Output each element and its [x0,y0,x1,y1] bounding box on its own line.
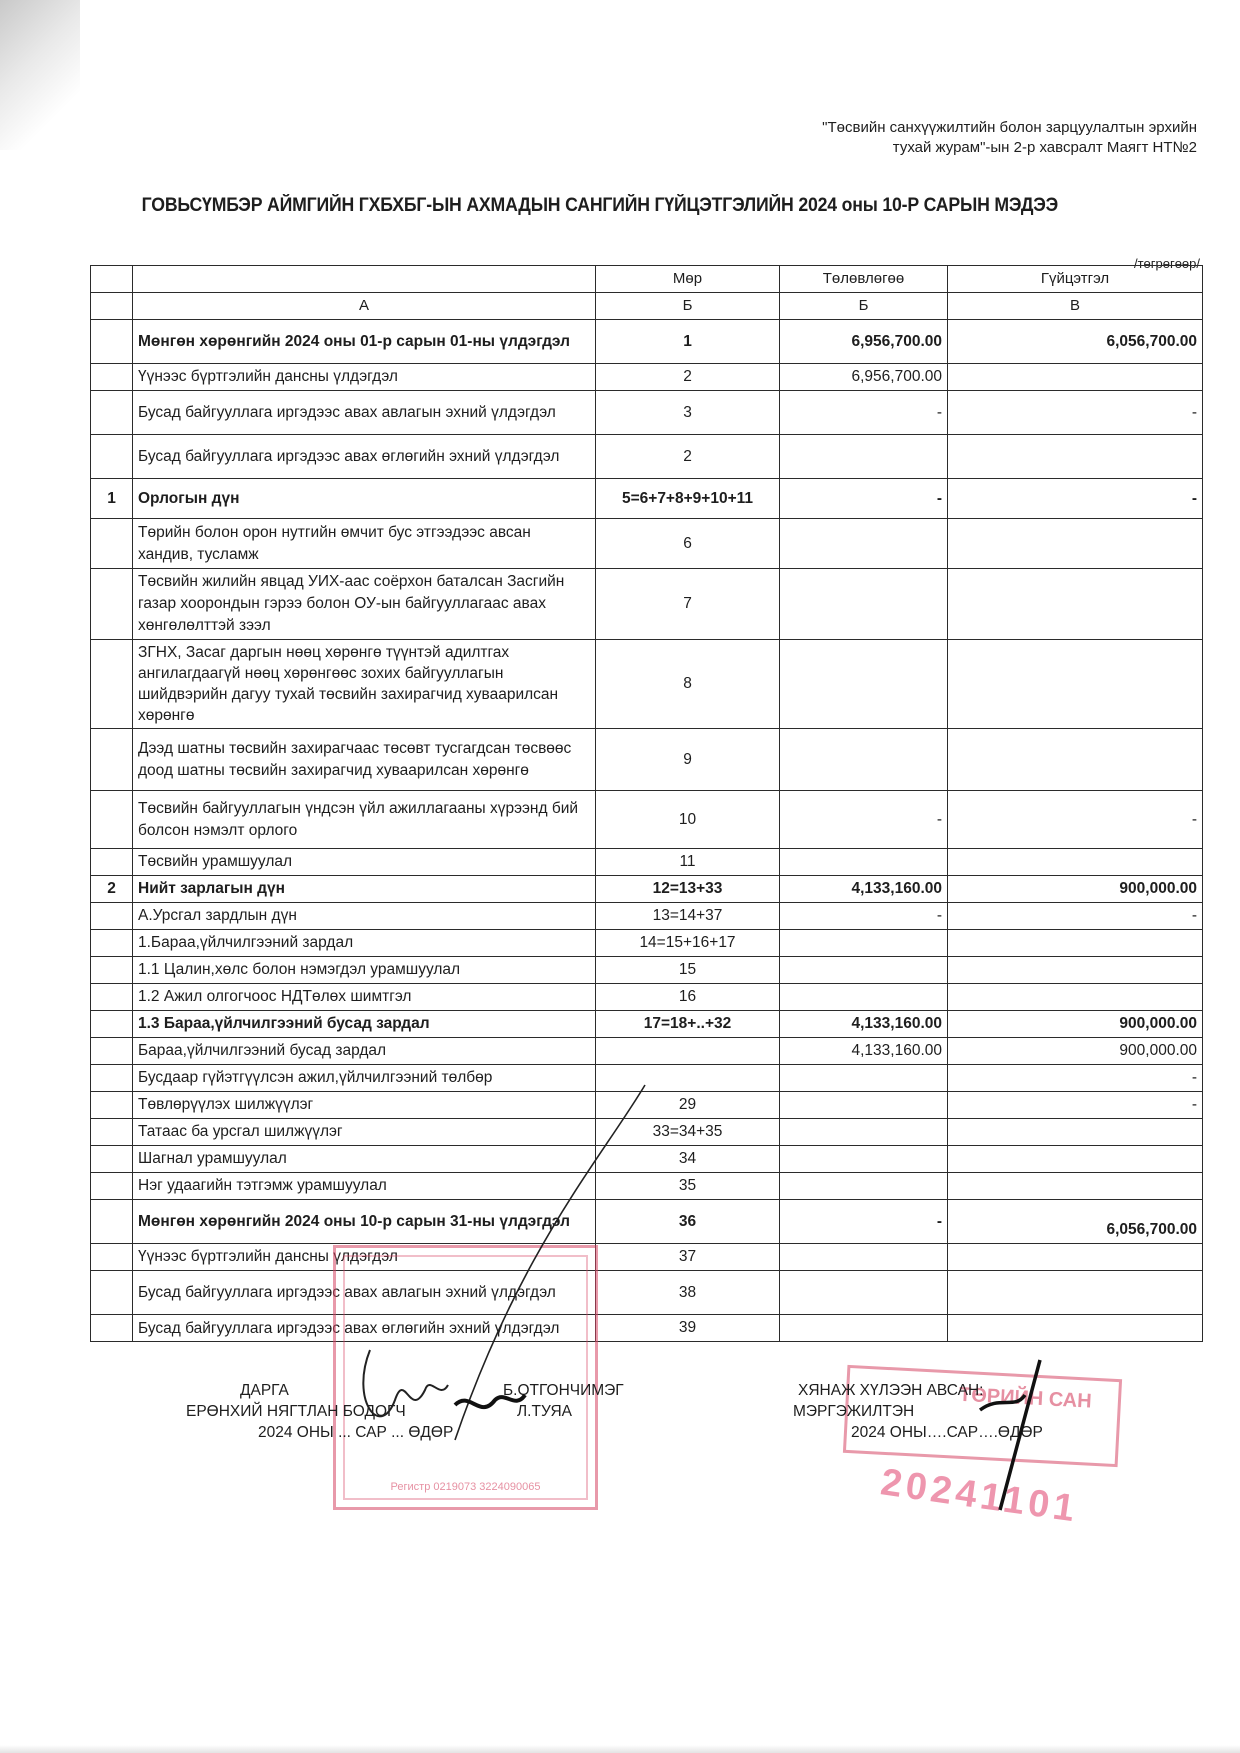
row-number [91,1173,133,1200]
row-code: 6 [596,519,780,569]
row-number [91,903,133,930]
header-cell [91,266,133,293]
row-number [91,569,133,640]
actual-value [948,1244,1203,1271]
role-director: ДАРГА [240,1380,453,1401]
row-label: 1.3 Бараа,үйлчилгээний бусад зардал [133,1011,596,1038]
plan-value [780,930,948,957]
table-row: 2Нийт зарлагын дүн12=13+334,133,160.0090… [91,876,1203,903]
seal-text: Регистр 0219073 3224090065 [336,1481,595,1493]
actual-value [948,849,1203,876]
row-number [91,1200,133,1244]
row-code: 34 [596,1146,780,1173]
table-row: 1.2 Ажил олгогчоос НДТөлөх шимтгэл16 [91,984,1203,1011]
received-label: ХЯНАЖ ХҮЛЭЭН АВСАН: [798,1380,1043,1401]
plan-value [780,1065,948,1092]
plan-value: - [780,791,948,849]
date-stamp: 20241101 [878,1461,1081,1531]
row-code: 3 [596,391,780,435]
table-row: Төсвийн жилийн явцад УИХ-аас соёрхон бат… [91,569,1203,640]
actual-value [948,435,1203,479]
actual-value [948,729,1203,791]
row-code [596,1038,780,1065]
header-plan: Төлөвлөгөө [780,266,948,293]
subheader-cell: В [948,293,1203,320]
plan-value [780,1244,948,1271]
header-cell [133,266,596,293]
plan-value [780,1315,948,1342]
signature-block-left: ДАРГА ЕРӨНХИЙ НЯГТЛАН БОДОГЧ 2024 ОНЫ ..… [186,1380,453,1443]
plan-value: 6,956,700.00 [780,320,948,364]
row-number [91,930,133,957]
row-code: 10 [596,791,780,849]
subheader-cell [91,293,133,320]
row-code: 9 [596,729,780,791]
document-title: ГОВЬСҮМБЭР АЙМГИЙН ГХБХБГ-ЫН АХМАДЫН САН… [0,195,1200,217]
plan-value [780,569,948,640]
row-number [91,1146,133,1173]
plan-value: 4,133,160.00 [780,1038,948,1065]
subheader-cell: А [133,293,596,320]
plan-value [780,957,948,984]
row-label: Бусад байгууллага иргэдээс авах авлагын … [133,391,596,435]
table-row: Мөнгөн хөрөнгийн 2024 оны 01-р сарын 01-… [91,320,1203,364]
report-table: Мөр Төлөвлөгөө Гүйцэтгэл А Б Б В Мөнгөн … [90,265,1203,1342]
actual-value: - [948,479,1203,519]
row-code: 12=13+33 [596,876,780,903]
subheader-row: А Б Б В [91,293,1203,320]
row-number [91,849,133,876]
actual-value [948,1173,1203,1200]
table-row: 1.Бараа,үйлчилгээний зардал14=15+16+17 [91,930,1203,957]
plan-value: 4,133,160.00 [780,1011,948,1038]
date-line-right: 2024 ОНЫ….САР….ӨДӨР [851,1422,1043,1443]
table-row: Бусад байгууллага иргэдээс авах авлагын … [91,391,1203,435]
row-label: 1.1 Цалин,хөлс болон нэмэгдэл урамшуулал [133,957,596,984]
row-number: 1 [91,479,133,519]
form-reference-line2: тухай журам"-ын 2-р хавсралт Маягт НТ№2 [822,138,1197,158]
plan-value: 6,956,700.00 [780,364,948,391]
actual-value [948,1315,1203,1342]
row-number [91,1038,133,1065]
row-number [91,391,133,435]
plan-value [780,519,948,569]
actual-value [948,1119,1203,1146]
actual-value: 6,056,700.00 [948,320,1203,364]
row-label: Бараа,үйлчилгээний бусад зардал [133,1038,596,1065]
plan-value: - [780,903,948,930]
actual-value [948,519,1203,569]
plan-value: 4,133,160.00 [780,876,948,903]
row-number [91,1065,133,1092]
row-label: Үүнээс бүртгэлийн дансны үлдэгдэл [133,364,596,391]
row-code: 35 [596,1173,780,1200]
row-label: Нийт зарлагын дүн [133,876,596,903]
header-row: Мөр Төлөвлөгөө Гүйцэтгэл [91,266,1203,293]
row-label: Татаас ба урсгал шилжүүлэг [133,1119,596,1146]
row-number [91,1271,133,1315]
plan-value [780,640,948,729]
row-number [91,1244,133,1271]
signature-block-right: ХЯНАЖ ХҮЛЭЭН АВСАН: МЭРГЭЖИЛТЭН 2024 ОНЫ… [793,1380,1043,1443]
row-number [91,1011,133,1038]
table-row: Бусад байгууллага иргэдээс авах өглөгийн… [91,435,1203,479]
row-label: Орлогын дүн [133,479,596,519]
row-label: 1.2 Ажил олгогчоос НДТөлөх шимтгэл [133,984,596,1011]
plan-value [780,984,948,1011]
actual-value: 900,000.00 [948,1038,1203,1065]
table-row: 1Орлогын дүн5=6+7+8+9+10+11-- [91,479,1203,519]
row-label: Шагнал урамшуулал [133,1146,596,1173]
plan-value [780,1119,948,1146]
table-row: Төвлөрүүлэх шилжүүлэг29- [91,1092,1203,1119]
name-accountant: Л.ТУЯА [517,1401,624,1422]
table-row: ЗГНХ, Засаг даргын нөөц хөрөнгө түүнтэй … [91,640,1203,729]
table-row: Мөнгөн хөрөнгийн 2024 оны 10-р сарын 31-… [91,1200,1203,1244]
row-label: Дээд шатны төсвийн захирагчаас төсөвт ту… [133,729,596,791]
row-code: 14=15+16+17 [596,930,780,957]
row-code: 2 [596,435,780,479]
actual-value [948,569,1203,640]
table-row: 1.1 Цалин,хөлс болон нэмэгдэл урамшуулал… [91,957,1203,984]
row-code: 37 [596,1244,780,1271]
row-label: Төрийн болон орон нутгийн өмчит бус этгэ… [133,519,596,569]
row-code: 5=6+7+8+9+10+11 [596,479,780,519]
subheader-cell: Б [780,293,948,320]
plan-value [780,849,948,876]
plan-value [780,1146,948,1173]
header-row-code: Мөр [596,266,780,293]
table-row: Үүнээс бүртгэлийн дансны үлдэгдэл26,956,… [91,364,1203,391]
actual-value [948,930,1203,957]
actual-value: 900,000.00 [948,876,1203,903]
row-label: 1.Бараа,үйлчилгээний зардал [133,930,596,957]
form-reference-line1: "Төсвийн санхүүжилтийн болон зарцуулалты… [822,118,1197,138]
actual-value: - [948,903,1203,930]
table-row: А.Урсгал зардлын дүн13=14+37-- [91,903,1203,930]
plan-value [780,1092,948,1119]
date-line-left: 2024 ОНЫ ... САР ... ӨДӨР [258,1422,453,1443]
form-reference: "Төсвийн санхүүжилтийн болон зарцуулалты… [822,118,1197,158]
actual-value: - [948,791,1203,849]
row-label: Төсвийн жилийн явцад УИХ-аас соёрхон бат… [133,569,596,640]
actual-value: - [948,1092,1203,1119]
row-number [91,320,133,364]
table-row: Бусдаар гүйэтгүүлсэн ажил,үйлчилгээний т… [91,1065,1203,1092]
row-code: 17=18+..+32 [596,1011,780,1038]
actual-value [948,957,1203,984]
actual-value [948,984,1203,1011]
row-label: Төсвийн байгууллагын үндсэн үйл ажиллага… [133,791,596,849]
row-number [91,957,133,984]
row-code: 8 [596,640,780,729]
actual-value: 6,056,700.00 [948,1200,1203,1244]
row-code: 29 [596,1092,780,1119]
row-number [91,1119,133,1146]
table-row: Төрийн болон орон нутгийн өмчит бус этгэ… [91,519,1203,569]
row-code: 13=14+37 [596,903,780,930]
row-code: 11 [596,849,780,876]
signature-names: Б.ОТГОНЧИМЭГ Л.ТУЯА [503,1380,624,1422]
table-row: 1.3 Бараа,үйлчилгээний бусад зардал17=18… [91,1011,1203,1038]
table-row: Бусад байгууллага иргэдээс авах авлагын … [91,1271,1203,1315]
row-number [91,640,133,729]
row-number [91,984,133,1011]
actual-value [948,640,1203,729]
plan-value: - [780,391,948,435]
row-number [91,435,133,479]
row-label: Мөнгөн хөрөнгийн 2024 оны 10-р сарын 31-… [133,1200,596,1244]
table-row: Төсвийн урамшуулал11 [91,849,1203,876]
actual-value: - [948,391,1203,435]
actual-value: - [948,1065,1203,1092]
actual-value [948,364,1203,391]
official-seal-stamp: Регистр 0219073 3224090065 [333,1245,598,1510]
role-specialist: МЭРГЭЖИЛТЭН [793,1401,1043,1422]
plan-value [780,1271,948,1315]
row-code: 33=34+35 [596,1119,780,1146]
row-number [91,729,133,791]
scan-shadow [0,0,80,150]
table-row: Бараа,үйлчилгээний бусад зардал4,133,160… [91,1038,1203,1065]
row-number [91,791,133,849]
table-row: Нэг удаагийн тэтгэмж урамшуулал35 [91,1173,1203,1200]
row-number: 2 [91,876,133,903]
table-row: Дээд шатны төсвийн захирагчаас төсөвт ту… [91,729,1203,791]
row-code: 1 [596,320,780,364]
row-label: А.Урсгал зардлын дүн [133,903,596,930]
plan-value: - [780,479,948,519]
row-label: Бусдаар гүйэтгүүлсэн ажил,үйлчилгээний т… [133,1065,596,1092]
table-row: Татаас ба урсгал шилжүүлэг33=34+35 [91,1119,1203,1146]
role-chief-accountant: ЕРӨНХИЙ НЯГТЛАН БОДОГЧ [186,1401,453,1422]
header-actual: Гүйцэтгэл [948,266,1203,293]
row-code: 39 [596,1315,780,1342]
row-number [91,519,133,569]
row-label: Төсвийн урамшуулал [133,849,596,876]
row-code: 7 [596,569,780,640]
row-code: 2 [596,364,780,391]
table-row: Бусад байгууллага иргэдээс авах өглөгийн… [91,1315,1203,1342]
row-label: Бусад байгууллага иргэдээс авах өглөгийн… [133,435,596,479]
plan-value [780,1173,948,1200]
actual-value [948,1271,1203,1315]
table-row: Үүнээс бүртгэлийн дансны үлдэгдэл37 [91,1244,1203,1271]
row-code: 38 [596,1271,780,1315]
row-code: 16 [596,984,780,1011]
row-label: ЗГНХ, Засаг даргын нөөц хөрөнгө түүнтэй … [133,640,596,729]
row-number [91,1315,133,1342]
actual-value [948,1146,1203,1173]
table-row: Төсвийн байгууллагын үндсэн үйл ажиллага… [91,791,1203,849]
row-label: Мөнгөн хөрөнгийн 2024 оны 01-р сарын 01-… [133,320,596,364]
row-code: 36 [596,1200,780,1244]
actual-value: 900,000.00 [948,1011,1203,1038]
row-label: Нэг удаагийн тэтгэмж урамшуулал [133,1173,596,1200]
plan-value [780,729,948,791]
row-number [91,364,133,391]
plan-value [780,435,948,479]
row-number [91,1092,133,1119]
scan-edge [0,1745,1240,1753]
plan-value: - [780,1200,948,1244]
row-code: 15 [596,957,780,984]
row-code [596,1065,780,1092]
name-director: Б.ОТГОНЧИМЭГ [503,1380,624,1401]
subheader-cell: Б [596,293,780,320]
row-label: Төвлөрүүлэх шилжүүлэг [133,1092,596,1119]
table-row: Шагнал урамшуулал34 [91,1146,1203,1173]
